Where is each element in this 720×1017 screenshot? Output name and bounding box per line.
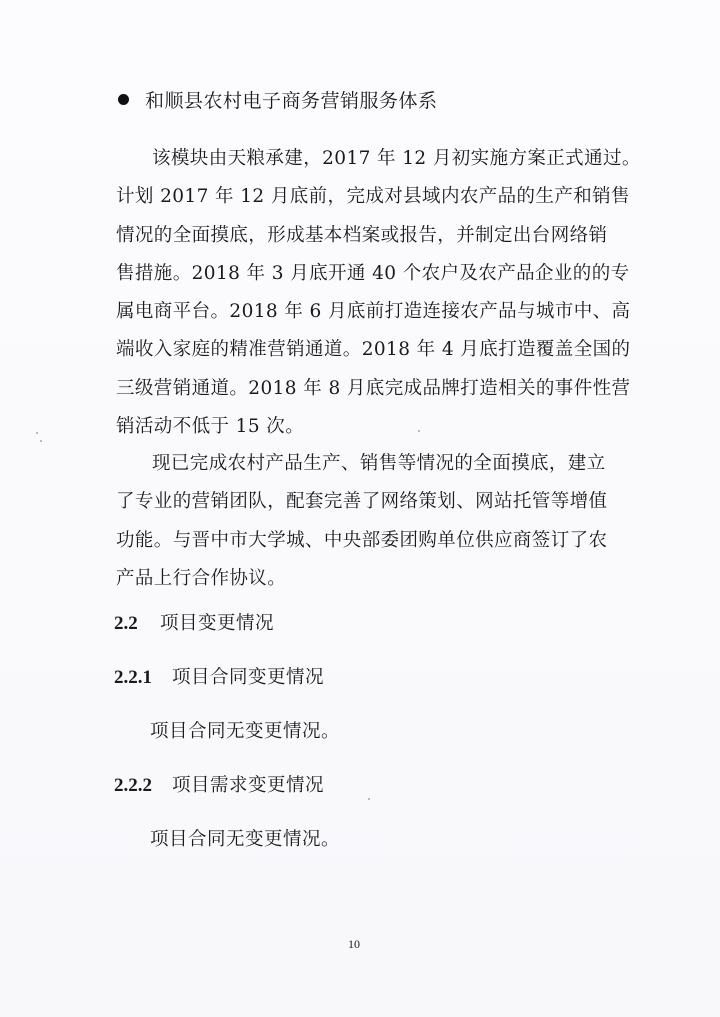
- scan-speck: [418, 430, 420, 432]
- section-heading-2-2: 2.2 项目变更情况: [114, 609, 274, 635]
- paragraph-line: 该模块由天粮承建，2017 年 12 月初实施方案正式通过。: [116, 140, 616, 178]
- section-title: 项目需求变更情况: [172, 771, 324, 797]
- bullet-heading: 和顺县农村电子商务营销服务体系: [118, 86, 438, 113]
- paragraph-line: 销活动不低于 15 次。: [116, 408, 616, 446]
- paragraph-line: 功能。与晋中市大学城、中央部委团购单位供应商签订了农: [116, 522, 616, 560]
- paragraph-line: 了专业的营销团队，配套完善了网络策划、网站托管等增值: [116, 483, 616, 521]
- section-number: 2.2.1: [114, 667, 172, 689]
- paragraph-line: 端收入家庭的精准营销通道。2018 年 4 月底打造覆盖全国的: [116, 331, 616, 369]
- scan-speck: [368, 798, 370, 800]
- section-number: 2.2: [114, 613, 160, 635]
- scan-speck: [36, 432, 38, 434]
- paragraph-1: 该模块由天粮承建，2017 年 12 月初实施方案正式通过。 计划 2017 年…: [116, 140, 616, 446]
- section-heading-2-2-1: 2.2.1 项目合同变更情况: [114, 663, 324, 689]
- paragraph-line: 三级营销通道。2018 年 8 月底完成品牌打造相关的事件性营: [116, 370, 616, 408]
- paragraph-line: 售措施。2018 年 3 月底开通 40 个农户及农产品企业的的专: [116, 255, 616, 293]
- paragraph-line: 产品上行合作协议。: [116, 560, 616, 598]
- section-title: 项目变更情况: [160, 609, 274, 635]
- page-number: 10: [348, 937, 360, 952]
- paragraph-2: 现已完成农村产品生产、销售等情况的全面摸底，建立 了专业的营销团队，配套完善了网…: [116, 445, 616, 598]
- bullet-dot-icon: [118, 94, 129, 105]
- section-title: 项目合同变更情况: [172, 663, 324, 689]
- bullet-heading-text: 和顺县农村电子商务营销服务体系: [145, 86, 438, 113]
- section-heading-2-2-2: 2.2.2 项目需求变更情况: [114, 771, 324, 797]
- paragraph-line: 属电商平台。2018 年 6 月底前打造连接农产品与城市中、高: [116, 293, 616, 331]
- paragraph-line: 计划 2017 年 12 月底前，完成对县域内农产品的生产和销售: [116, 178, 616, 216]
- paragraph-line: 情况的全面摸底，形成基本档案或报告，并制定出台网络销: [116, 217, 616, 255]
- section-2-2-1-body: 项目合同无变更情况。: [150, 717, 340, 743]
- paragraph-line: 现已完成农村产品生产、销售等情况的全面摸底，建立: [116, 445, 616, 483]
- section-2-2-2-body: 项目合同无变更情况。: [150, 825, 340, 851]
- scan-speck: [40, 440, 42, 442]
- document-page: 和顺县农村电子商务营销服务体系 该模块由天粮承建，2017 年 12 月初实施方…: [0, 0, 720, 1017]
- section-number: 2.2.2: [114, 775, 172, 797]
